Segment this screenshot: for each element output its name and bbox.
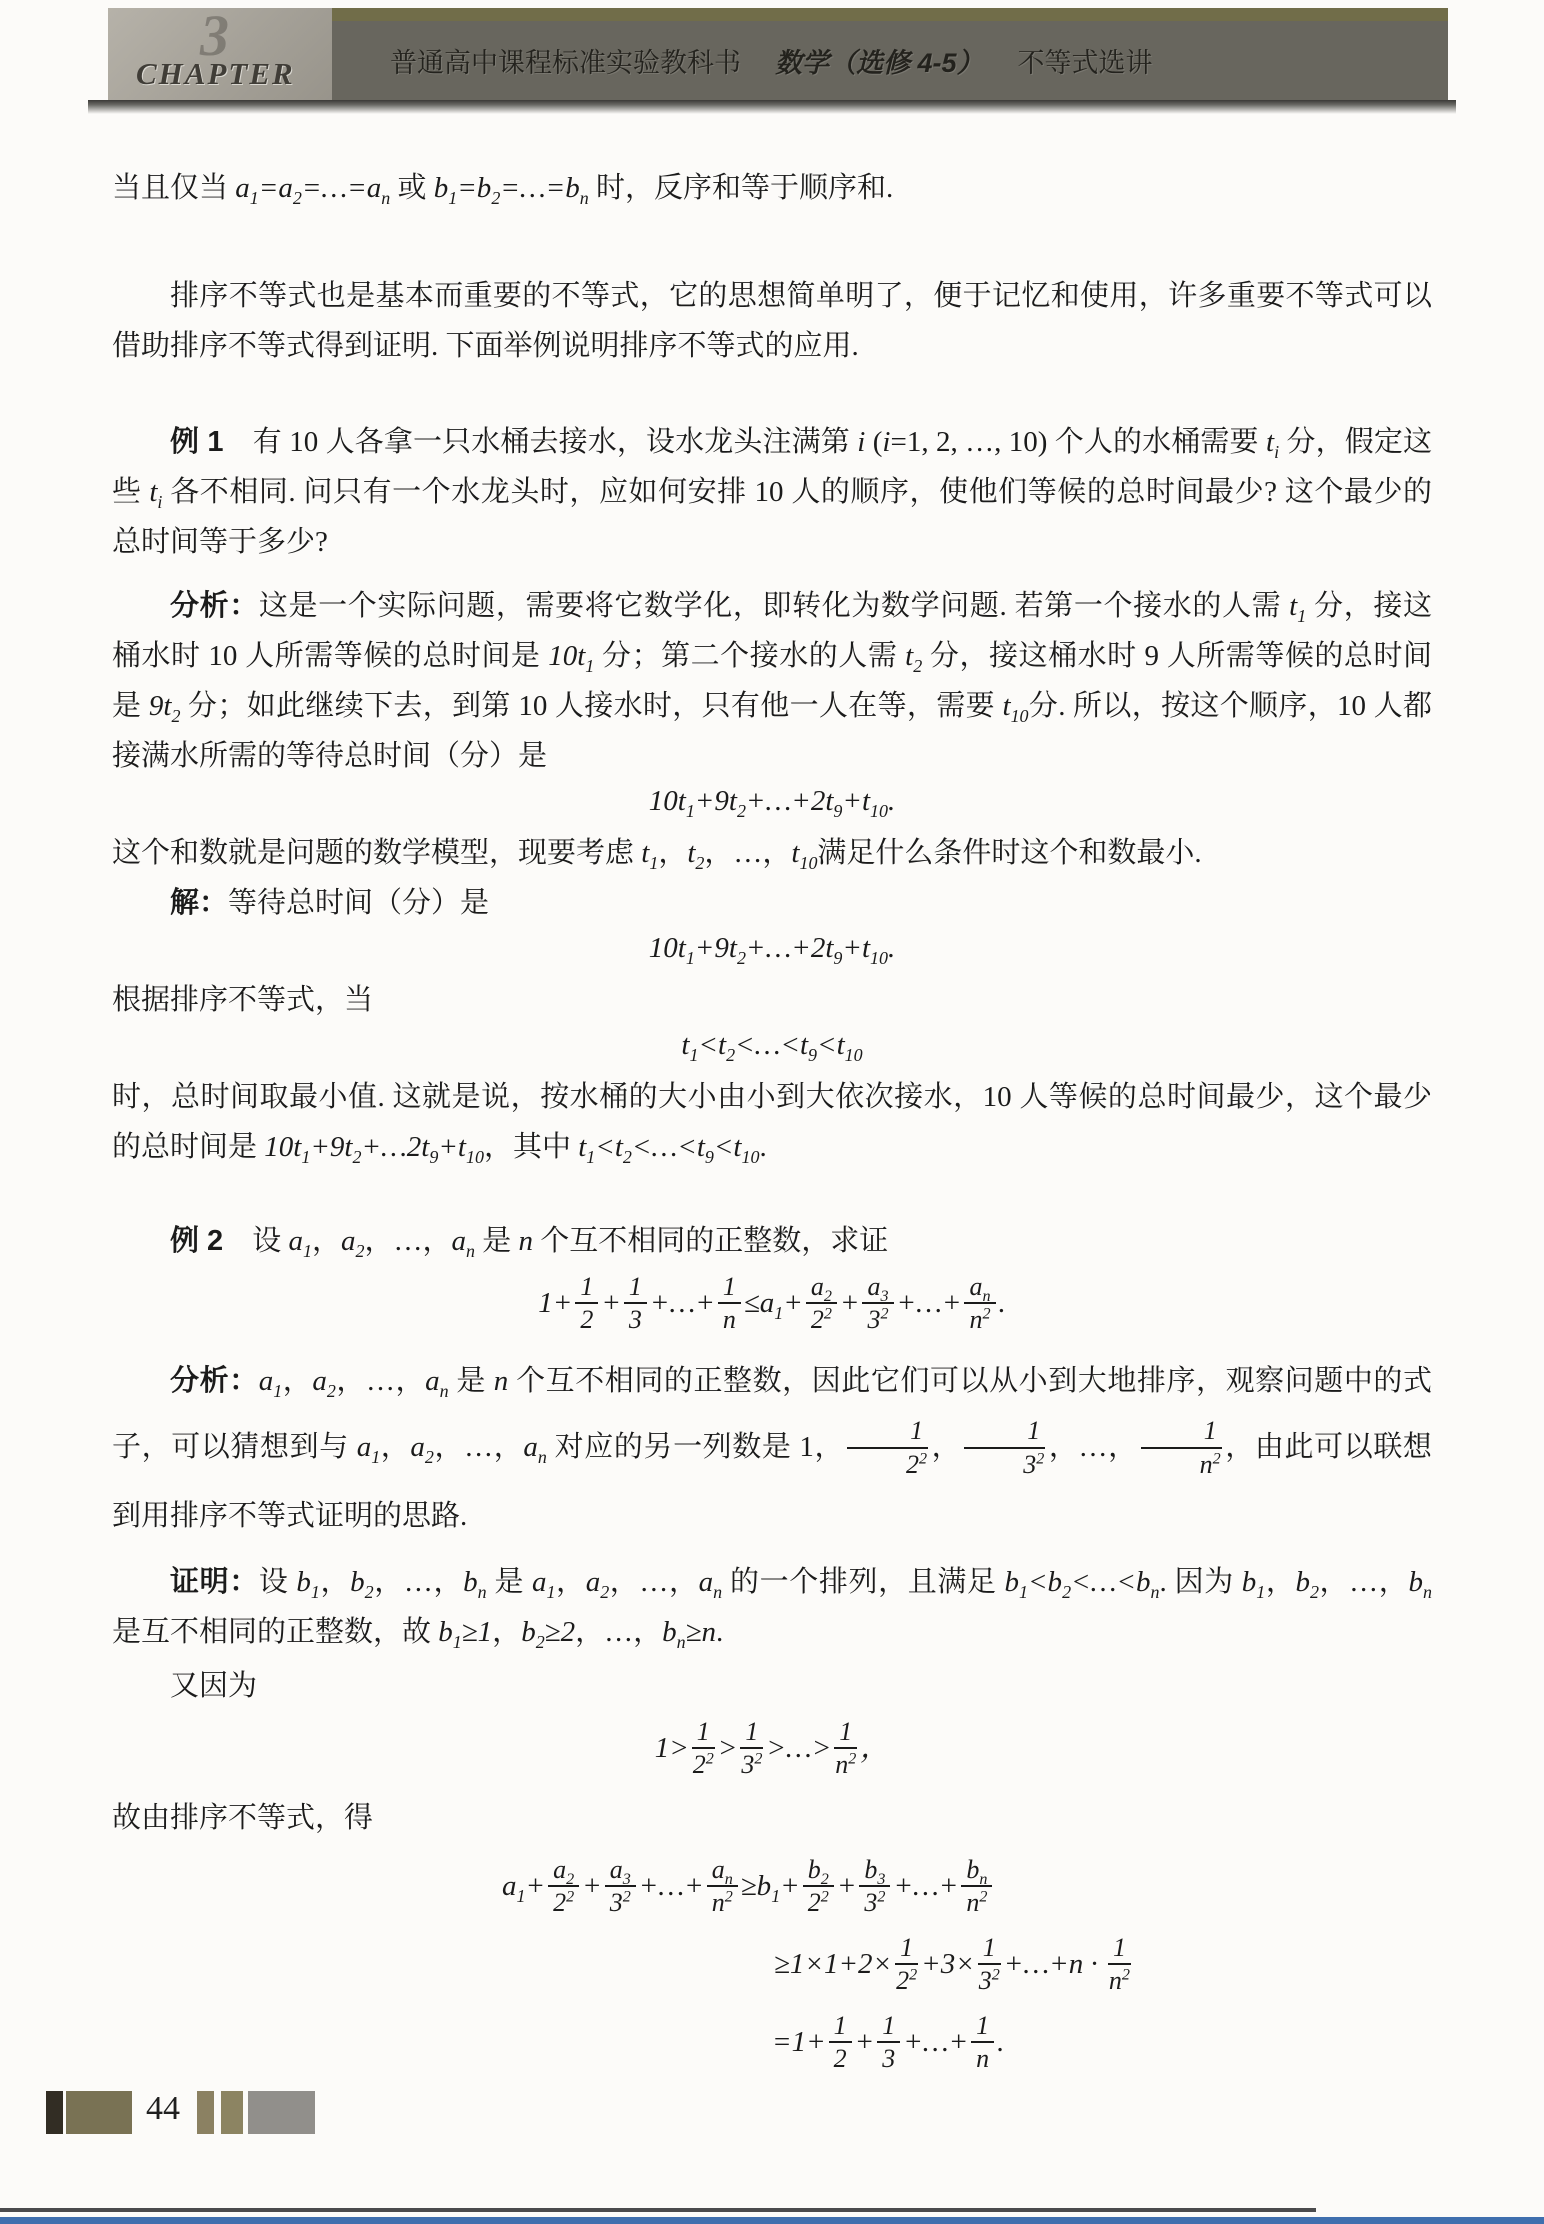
bottom-rule-blue xyxy=(0,2217,1544,2224)
fraction-numerator: 1 xyxy=(1108,1933,1131,1965)
fraction-numerator: 1 xyxy=(740,1717,763,1749)
math-run: a2 xyxy=(312,1365,335,1397)
text-run: 是互不相同的正整数，故 xyxy=(112,1616,438,1648)
bold-label: 解： xyxy=(170,887,228,919)
math-run: +…+ xyxy=(903,2026,968,2058)
math-run: t10 xyxy=(791,837,817,869)
header-accent-strip xyxy=(332,8,1448,21)
math-run: >…> xyxy=(766,1731,831,1763)
decor-square xyxy=(197,2091,214,2134)
display-formula: 1+12+13+…+1n≤a1+a222+a332+…+ann2. xyxy=(112,1272,1432,1338)
text-run: . xyxy=(759,1131,766,1163)
fraction: 122 xyxy=(847,1416,928,1478)
text-run: =1, 2, …, 10) 个人的水桶需要 xyxy=(890,426,1266,458)
book-title: 不等式选讲 xyxy=(1018,41,1153,80)
fraction: 1n2 xyxy=(834,1717,857,1779)
math-run: a1 xyxy=(288,1225,311,1257)
math-run: t10 xyxy=(1003,690,1029,722)
fraction: a332 xyxy=(862,1272,893,1334)
math-run: n xyxy=(494,1365,509,1397)
math-run: a2 xyxy=(410,1431,433,1463)
text-run: 时，反序和等于顺序和. xyxy=(589,172,894,204)
display-formula: 10t1+9t2+…+2t9+t10. xyxy=(112,932,1432,965)
fraction-numerator: 1 xyxy=(718,1272,741,1304)
fraction-numerator: a3 xyxy=(605,1855,636,1887)
fraction-numerator: 1 xyxy=(624,1272,647,1304)
text-paragraph: 分析：这是一个实际问题，需要将它数学化，即转化为数学问题. 若第一个接水的人需 … xyxy=(112,581,1432,781)
display-formula: t1<t2<…<t9<t10 xyxy=(112,1029,1432,1062)
math-run: +…+ xyxy=(893,1870,958,1902)
fraction: 12 xyxy=(575,1272,598,1334)
bold-label: 例 2 xyxy=(170,1225,223,1257)
text-run: 这个和数就是问题的数学模型，现要考虑 xyxy=(112,837,641,869)
fraction: bnn2 xyxy=(961,1855,992,1917)
fraction-numerator: 1 xyxy=(692,1717,715,1749)
text-run: ， xyxy=(282,1365,312,1397)
text-paragraph: 例 1 有 10 人各拿一只水桶去接水，设水龙头注满第 i (i=1, 2, …… xyxy=(112,417,1432,567)
text-run: ， xyxy=(492,1616,521,1648)
math-run: bn xyxy=(1408,1566,1431,1598)
fraction-denominator: 32 xyxy=(859,1887,890,1917)
text-paragraph: 当且仅当 a1=a2=…=an 或 b1=b2=…=bn 时，反序和等于顺序和. xyxy=(112,163,1432,213)
text-run: 等待总时间（分）是 xyxy=(228,887,489,919)
fraction-numerator: bn xyxy=(961,1855,992,1887)
text-run: 或 xyxy=(390,172,434,204)
text-paragraph: 又因为 xyxy=(112,1661,1432,1711)
fraction-numerator: 1 xyxy=(575,1272,598,1304)
fraction: 12 xyxy=(829,2011,852,2073)
math-run: a2 xyxy=(341,1225,364,1257)
math-run: b1=b2=…=bn xyxy=(434,172,589,204)
math-run: ≥b1+ xyxy=(741,1870,800,1902)
fraction-numerator: b2 xyxy=(803,1855,834,1887)
text-run: 根据排序不等式，当 xyxy=(112,984,373,1016)
textbook-page: 3 CHAPTER 普通高中课程标准实验教科书 数学（选修 4-5） 不等式选讲… xyxy=(0,0,1544,2224)
text-run: ， xyxy=(1265,1566,1295,1598)
fraction-numerator: 1 xyxy=(971,2011,994,2043)
math-run: a1 xyxy=(357,1431,380,1463)
math-run: b1<b2<…<bn xyxy=(1005,1566,1160,1598)
math-run: a1 xyxy=(532,1566,555,1598)
bold-label: 分析： xyxy=(170,590,259,622)
display-formula: 1>122>132>…>1n2， xyxy=(112,1717,1432,1783)
text-run: ， xyxy=(312,1225,341,1257)
text-run: . xyxy=(716,1616,723,1648)
bold-label: 证明： xyxy=(170,1566,259,1598)
formula-line: ≥1×1+2×122+3×132+…+n · 1n2 xyxy=(774,1933,1432,1999)
fraction-denominator: 22 xyxy=(895,1965,918,1995)
fraction-denominator: 22 xyxy=(806,1304,837,1334)
fraction-denominator: 22 xyxy=(692,1749,715,1779)
fraction: b222 xyxy=(803,1855,834,1917)
fraction-denominator: 22 xyxy=(847,1449,928,1479)
fraction: 13 xyxy=(624,1272,647,1334)
text-paragraph: 解：等待总时间（分）是 xyxy=(112,878,1432,928)
page-number: 44 xyxy=(146,2090,180,2128)
text-run: 又因为 xyxy=(170,1670,257,1702)
text-run: ，…， xyxy=(575,1616,662,1648)
text-run: ， xyxy=(658,837,687,869)
fraction-denominator: 32 xyxy=(862,1304,893,1334)
text-run: 个互不相同的正整数，求证 xyxy=(533,1225,888,1257)
fraction: a222 xyxy=(806,1272,837,1334)
math-run: . xyxy=(999,1287,1006,1319)
text-paragraph: 排序不等式也是基本而重要的不等式，它的思想简单明了，便于记忆和使用，许多重要不等… xyxy=(112,271,1432,371)
page-body: 当且仅当 a1=a2=…=an 或 b1=b2=…=bn 时，反序和等于顺序和.… xyxy=(112,163,1432,2090)
fraction: 1n xyxy=(971,2011,994,2073)
math-run: b2 xyxy=(350,1566,373,1598)
fraction-numerator: a3 xyxy=(862,1272,893,1304)
series-title: 普通高中课程标准实验教科书 xyxy=(390,41,741,80)
fraction: 1n2 xyxy=(1141,1416,1222,1478)
bold-label: 分析： xyxy=(170,1365,259,1397)
math-run: b2≥2 xyxy=(521,1616,575,1648)
math-run: a1 xyxy=(259,1365,282,1397)
fraction-denominator: 3 xyxy=(624,1304,647,1334)
math-run: ≥1×1+2× xyxy=(774,1948,892,1980)
math-run: ， xyxy=(860,1731,889,1763)
text-run: 设 xyxy=(259,1566,297,1598)
text-run: ，…， xyxy=(704,837,791,869)
fraction: a222 xyxy=(548,1855,579,1917)
text-run: 故由排序不等式，得 xyxy=(112,1802,373,1834)
fraction-denominator: n2 xyxy=(1141,1449,1222,1479)
text-run: 是 xyxy=(475,1225,519,1257)
fraction-numerator: a2 xyxy=(806,1272,837,1304)
fraction-denominator: 22 xyxy=(548,1887,579,1917)
math-run: an xyxy=(451,1225,474,1257)
text-paragraph: 根据排序不等式，当 xyxy=(112,975,1432,1025)
text-paragraph: 例 2 设 a1，a2，…，an 是 n 个互不相同的正整数，求证 xyxy=(112,1216,1432,1266)
text-run: ，…， xyxy=(336,1365,425,1397)
text-run: ，…， xyxy=(434,1431,523,1463)
fraction: 122 xyxy=(895,1933,918,1995)
text-run: ( xyxy=(865,426,882,458)
text-run: 是 xyxy=(449,1365,494,1397)
text-run: 的一个排列，且满足 xyxy=(722,1566,1004,1598)
text-run: 这是一个实际问题，需要将它数学化，即转化为数学问题. 若第一个接水的人需 xyxy=(259,590,1289,622)
math-run: bn xyxy=(463,1566,486,1598)
math-run: t1 xyxy=(1289,590,1306,622)
text-run: ， xyxy=(380,1431,410,1463)
fraction-denominator: n2 xyxy=(1108,1965,1131,1995)
fraction-numerator: an xyxy=(707,1855,738,1887)
decor-square xyxy=(248,2091,315,2134)
formula-block: a1+a222+a332+…+ann2≥b1+b222+b332+…+bnn2≥… xyxy=(112,1855,1432,2078)
fraction-denominator: 32 xyxy=(978,1965,1001,1995)
fraction: 132 xyxy=(978,1933,1001,1995)
fraction-numerator: 1 xyxy=(964,1416,1045,1448)
math-run: 10t1+9t2+…+2t9+t10. xyxy=(649,932,896,964)
text-run: 排序不等式也是基本而重要的不等式，它的思想简单明了，便于记忆和使用，许多重要不等… xyxy=(112,280,1432,362)
math-run: 9t2 xyxy=(149,690,181,722)
fraction: 132 xyxy=(964,1416,1045,1478)
math-run: n xyxy=(518,1225,533,1257)
math-run: t1 xyxy=(641,837,658,869)
fraction-denominator: 22 xyxy=(803,1887,834,1917)
bold-label: 例 1 xyxy=(170,426,223,458)
text-paragraph: 证明：设 b1，b2，…，bn 是 a1，a2，…，an 的一个排列，且满足 b… xyxy=(112,1557,1432,1657)
fraction: 13 xyxy=(877,2011,900,2073)
math-run: ti xyxy=(149,476,162,508)
math-run: ≤a1+ xyxy=(744,1287,803,1319)
fraction: 132 xyxy=(740,1717,763,1779)
decor-square xyxy=(221,2091,243,2134)
math-run: + xyxy=(582,1870,602,1902)
fraction-denominator: 32 xyxy=(605,1887,636,1917)
fraction-denominator: n2 xyxy=(961,1887,992,1917)
math-run: an xyxy=(425,1365,448,1397)
math-run: an xyxy=(523,1431,546,1463)
fraction-denominator: 2 xyxy=(575,1304,598,1334)
text-run: ， xyxy=(555,1566,585,1598)
text-run: 对应的另一列数是 1， xyxy=(547,1431,844,1463)
fraction-numerator: 1 xyxy=(829,2011,852,2043)
bottom-rule-dark xyxy=(0,2208,1316,2212)
math-run: b1 xyxy=(296,1566,319,1598)
text-run: 有 10 人各拿一只水桶去接水，设水龙头注满第 xyxy=(223,426,857,458)
text-run: 当且仅当 xyxy=(112,172,235,204)
fraction-denominator: n xyxy=(971,2043,994,2073)
fraction-numerator: 1 xyxy=(1141,1416,1222,1448)
formula-line: =1+12+13+…+1n. xyxy=(772,2011,1432,2077)
math-run: =1+ xyxy=(772,2026,826,2058)
text-paragraph: 故由排序不等式，得 xyxy=(112,1793,1432,1843)
math-run: +3× xyxy=(921,1948,975,1980)
fraction-denominator: 3 xyxy=(877,2043,900,2073)
math-run: + xyxy=(840,1287,860,1319)
display-formula: 10t1+9t2+…+2t9+t10. xyxy=(112,785,1432,818)
text-run: ，…， xyxy=(609,1566,699,1598)
fraction-denominator: n xyxy=(718,1304,741,1334)
decor-square xyxy=(66,2091,132,2134)
text-run: 满足什么条件时这个和数最小. xyxy=(817,837,1201,869)
math-run: n · xyxy=(1069,1948,1105,1980)
text-run: 是 xyxy=(487,1566,532,1598)
header-title-text: 普通高中课程标准实验教科书 数学（选修 4-5） 不等式选讲 xyxy=(390,21,1438,100)
text-run: 分；如此继续下去，到第 10 人接水时，只有他一人在等，需要 xyxy=(180,690,1002,722)
subject-title: 数学（选修 4-5） xyxy=(775,41,984,80)
fraction-numerator: an xyxy=(964,1272,995,1304)
fraction-denominator: n2 xyxy=(707,1887,738,1917)
fraction-denominator: 32 xyxy=(964,1449,1045,1479)
fraction-denominator: n2 xyxy=(834,1749,857,1779)
fraction-numerator: 1 xyxy=(877,2011,900,2043)
text-run: ，…， xyxy=(364,1225,451,1257)
fraction-denominator: n2 xyxy=(964,1304,995,1334)
math-run: +…+ xyxy=(650,1287,715,1319)
math-run: ti xyxy=(1266,426,1279,458)
math-run: 10t1+9t2+…2t9+t10 xyxy=(264,1131,484,1163)
math-run: +…+ xyxy=(1004,1948,1069,1980)
fraction: ann2 xyxy=(707,1855,738,1917)
math-run: a1=a2=…=an xyxy=(235,172,390,204)
text-paragraph: 分析：a1，a2，…，an 是 n 个互不相同的正整数，因此它们可以从小到大地排… xyxy=(112,1348,1432,1548)
formula-line: a1+a222+a332+…+ann2≥b1+b222+b332+…+bnn2 xyxy=(502,1855,1432,1921)
header-title-bar: 普通高中课程标准实验教科书 数学（选修 4-5） 不等式选讲 xyxy=(332,8,1448,100)
fraction-denominator: 2 xyxy=(829,2043,852,2073)
math-run: 1> xyxy=(655,1731,689,1763)
text-run: ， xyxy=(320,1566,350,1598)
text-run: ，…， xyxy=(1319,1566,1409,1598)
math-run: a2 xyxy=(586,1566,609,1598)
math-run: > xyxy=(718,1731,738,1763)
fraction: ann2 xyxy=(964,1272,995,1334)
fraction: a332 xyxy=(605,1855,636,1917)
text-run: 各不相同. 问只有一个水龙头时，应如何安排 10 人的顺序，使他们等候的总时间最… xyxy=(112,476,1432,558)
text-run: . 因为 xyxy=(1159,1566,1241,1598)
math-run: t2 xyxy=(905,640,922,672)
math-run: t1<t2<…<t9<t10 xyxy=(578,1131,759,1163)
fraction-denominator: 32 xyxy=(740,1749,763,1779)
fraction-numerator: 1 xyxy=(978,1933,1001,1965)
fraction: b332 xyxy=(859,1855,890,1917)
text-run: 设 xyxy=(223,1225,288,1257)
text-run: 分；第二个接水的人需 xyxy=(594,640,905,672)
math-run: b1 xyxy=(1242,1566,1265,1598)
fraction-numerator: b3 xyxy=(859,1855,890,1887)
text-paragraph: 这个和数就是问题的数学模型，现要考虑 t1，t2，…，t10满足什么条件时这个和… xyxy=(112,828,1432,878)
header-shadow xyxy=(88,100,1456,114)
text-run: ，…， xyxy=(374,1566,464,1598)
math-run: +…+ xyxy=(897,1287,962,1319)
fraction: 1n xyxy=(718,1272,741,1334)
text-run: ，其中 xyxy=(484,1131,578,1163)
decor-square xyxy=(46,2091,63,2134)
math-run: . xyxy=(997,2026,1004,2058)
fraction-numerator: 1 xyxy=(834,1717,857,1749)
math-run: +…+ xyxy=(639,1870,704,1902)
chapter-label: CHAPTER xyxy=(136,56,295,92)
math-run: 10t1 xyxy=(548,640,594,672)
fraction-numerator: 1 xyxy=(895,1933,918,1965)
math-run: t1<t2<…<t9<t10 xyxy=(681,1029,862,1061)
math-run: an xyxy=(699,1566,722,1598)
text-run: ， xyxy=(931,1431,961,1463)
text-run: ，…， xyxy=(1048,1431,1137,1463)
text-paragraph: 时，总时间取最小值. 这就是说，按水桶的大小由小到大依次接水，10 人等候的总时… xyxy=(112,1072,1432,1172)
math-run: + xyxy=(855,2026,875,2058)
math-run: b2 xyxy=(1295,1566,1318,1598)
math-run: a1+ xyxy=(502,1870,545,1902)
fraction: 122 xyxy=(692,1717,715,1779)
fraction: 1n2 xyxy=(1108,1933,1131,1995)
math-run: bn≥n xyxy=(662,1616,716,1648)
page-header: 3 CHAPTER 普通高中课程标准实验教科书 数学（选修 4-5） 不等式选讲 xyxy=(0,0,1544,118)
math-run: t2 xyxy=(687,837,704,869)
math-run: + xyxy=(837,1870,857,1902)
math-run: 1+ xyxy=(538,1287,572,1319)
math-run: + xyxy=(601,1287,621,1319)
chapter-logo: 3 CHAPTER xyxy=(108,8,332,100)
math-run: b1≥1 xyxy=(438,1616,492,1648)
fraction-numerator: 1 xyxy=(847,1416,928,1448)
fraction-numerator: a2 xyxy=(548,1855,579,1887)
math-run: 10t1+9t2+…+2t9+t10. xyxy=(649,785,896,817)
